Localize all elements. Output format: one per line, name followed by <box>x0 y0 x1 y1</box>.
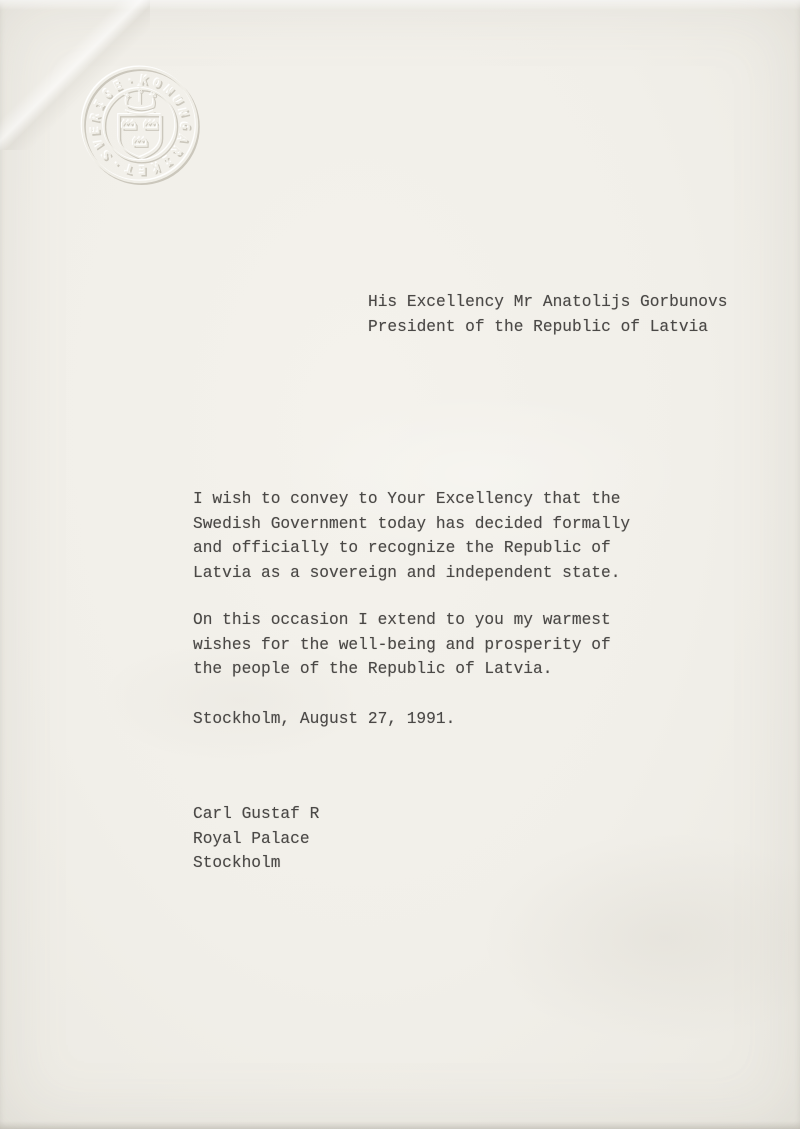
paper-top-edge <box>0 0 800 10</box>
royal-embossed-seal-icon: KONUNGARIKET·SVERIGE· <box>40 25 240 225</box>
signature-city: Stockholm <box>193 851 319 876</box>
addressee-block: His Excellency Mr Anatolijs Gorbunovs Pr… <box>368 290 727 339</box>
body-paragraph-2: On this occasion I extend to you my warm… <box>193 608 611 682</box>
addressee-line: President of the Republic of Latvia <box>368 315 727 340</box>
signature-block: Carl Gustaf R Royal Palace Stockholm <box>193 802 319 876</box>
body-line: the people of the Republic of Latvia. <box>193 657 611 682</box>
addressee-line: His Excellency Mr Anatolijs Gorbunovs <box>368 290 727 315</box>
body-line: and officially to recognize the Republic… <box>193 536 630 561</box>
body-line: I wish to convey to Your Excellency that… <box>193 487 630 512</box>
body-line: Swedish Government today has decided for… <box>193 512 630 537</box>
paper-bottom-edge <box>0 1121 800 1129</box>
body-paragraph-1: I wish to convey to Your Excellency that… <box>193 487 630 585</box>
body-line: wishes for the well-being and prosperity… <box>193 633 611 658</box>
dateline: Stockholm, August 27, 1991. <box>193 707 455 732</box>
body-line: Latvia as a sovereign and independent st… <box>193 561 630 586</box>
signature-name: Carl Gustaf R <box>193 802 319 827</box>
dateline-text: Stockholm, August 27, 1991. <box>193 707 455 732</box>
letter-page: KONUNGARIKET·SVERIGE· His Excellency Mr … <box>0 0 800 1129</box>
body-line: On this occasion I extend to you my warm… <box>193 608 611 633</box>
signature-place: Royal Palace <box>193 827 319 852</box>
